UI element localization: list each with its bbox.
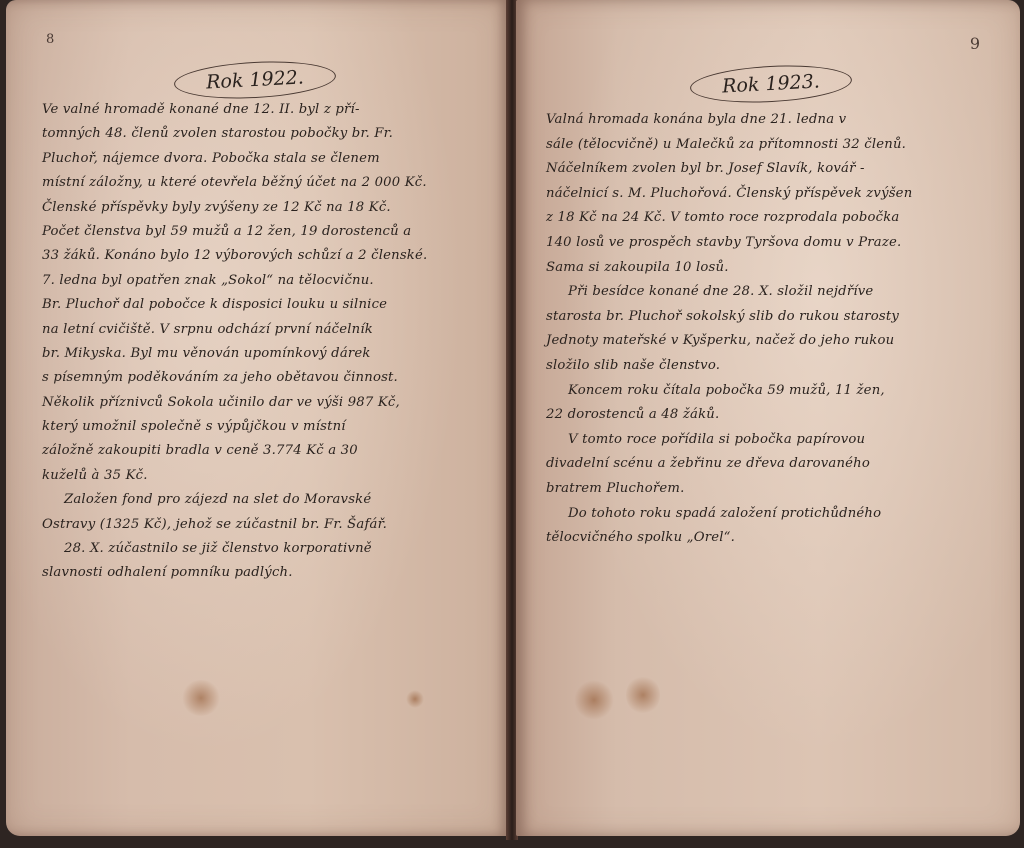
handwritten-line: 22 dorostenců a 48 žáků. — [546, 403, 1006, 428]
handwritten-line: Členské příspěvky byly zvýšeny ze 12 Kč … — [42, 196, 502, 220]
handwritten-line: náčelnicí s. M. Pluchořová. Členský přís… — [546, 182, 1006, 207]
water-stain — [626, 675, 660, 715]
handwritten-line: tomných 48. členů zvolen starostou poboč… — [42, 122, 502, 146]
handwritten-line: Br. Pluchoř dal pobočce k disposici louk… — [42, 293, 502, 317]
handwritten-line: slavnosti odhalení pomníku padlých. — [42, 561, 502, 585]
handwritten-line: Do tohoto roku spadá založení protichůdn… — [546, 502, 1006, 527]
handwritten-line: 7. ledna byl opatřen znak „Sokol“ na těl… — [42, 269, 502, 293]
right-page: 9 Rok 1923. Valná hromada konána byla dn… — [516, 0, 1020, 836]
handwritten-line: složilo slib naše členstvo. — [546, 354, 1006, 379]
handwritten-line: který umožnil společně s výpůjčkou v mís… — [42, 415, 502, 439]
right-page-text: Valná hromada konána byla dne 21. ledna … — [546, 108, 1006, 551]
handwritten-line: Několik příznivců Sokola učinilo dar ve … — [42, 391, 502, 415]
handwritten-line: Koncem roku čítala pobočka 59 mužů, 11 ž… — [546, 379, 1006, 404]
handwritten-line: 28. X. zúčastnilo se již členstvo korpor… — [42, 537, 502, 561]
handwritten-line: kuželů à 35 Kč. — [42, 464, 502, 488]
left-page: 8 Rok 1922. Ve valné hromadě konané dne … — [6, 0, 508, 836]
year-heading-1922: Rok 1922. — [173, 58, 337, 102]
water-stain — [574, 680, 614, 720]
open-notebook: 8 Rok 1922. Ve valné hromadě konané dne … — [0, 0, 1024, 848]
handwritten-line: 140 losů ve prospěch stavby Tyršova domu… — [546, 231, 1006, 256]
water-stain — [181, 680, 221, 716]
handwritten-line: Jednoty mateřské v Kyšperku, načež do je… — [546, 329, 1006, 354]
handwritten-line: Ve valné hromadě konané dne 12. II. byl … — [42, 98, 502, 122]
handwritten-line: Sama si zakoupila 10 losů. — [546, 256, 1006, 281]
handwritten-line: místní záložny, u které otevřela běžný ú… — [42, 171, 502, 195]
handwritten-line: z 18 Kč na 24 Kč. V tomto roce rozprodal… — [546, 206, 1006, 231]
handwritten-line: 33 žáků. Konáno bylo 12 výborových schůz… — [42, 244, 502, 268]
handwritten-line: Při besídce konané dne 28. X. složil nej… — [546, 280, 1006, 305]
handwritten-line: Pluchoř, nájemce dvora. Pobočka stala se… — [42, 147, 502, 171]
handwritten-line: Počet členstva byl 59 mužů a 12 žen, 19 … — [42, 220, 502, 244]
handwritten-line: bratrem Pluchořem. — [546, 477, 1006, 502]
handwritten-line: s písemným poděkováním za jeho obětavou … — [42, 366, 502, 390]
page-number-right: 9 — [970, 34, 980, 53]
handwritten-line: Ostravy (1325 Kč), jehož se zúčastnil br… — [42, 513, 502, 537]
handwritten-line: tělocvičného spolku „Orel“. — [546, 526, 1006, 551]
handwritten-line: starosta br. Pluchoř sokolský slib do ru… — [546, 305, 1006, 330]
handwritten-line: Založen fond pro zájezd na slet do Morav… — [42, 488, 502, 512]
handwritten-line: Valná hromada konána byla dne 21. ledna … — [546, 108, 1006, 133]
handwritten-line: Náčelníkem zvolen byl br. Josef Slavík, … — [546, 157, 1006, 182]
year-heading-1923: Rok 1923. — [689, 62, 853, 106]
water-stain — [406, 690, 424, 708]
handwritten-line: V tomto roce pořídila si pobočka papírov… — [546, 428, 1006, 453]
left-page-text: Ve valné hromadě konané dne 12. II. byl … — [42, 98, 502, 586]
page-number-left: 8 — [46, 32, 54, 47]
handwritten-line: divadelní scénu a žebřinu ze dřeva darov… — [546, 452, 1006, 477]
handwritten-line: záložně zakoupiti bradla v ceně 3.774 Kč… — [42, 439, 502, 463]
handwritten-line: br. Mikyska. Byl mu věnován upomínkový d… — [42, 342, 502, 366]
handwritten-line: na letní cvičiště. V srpnu odchází první… — [42, 318, 502, 342]
handwritten-line: sále (tělocvičně) u Malečků za přítomnos… — [546, 133, 1006, 158]
